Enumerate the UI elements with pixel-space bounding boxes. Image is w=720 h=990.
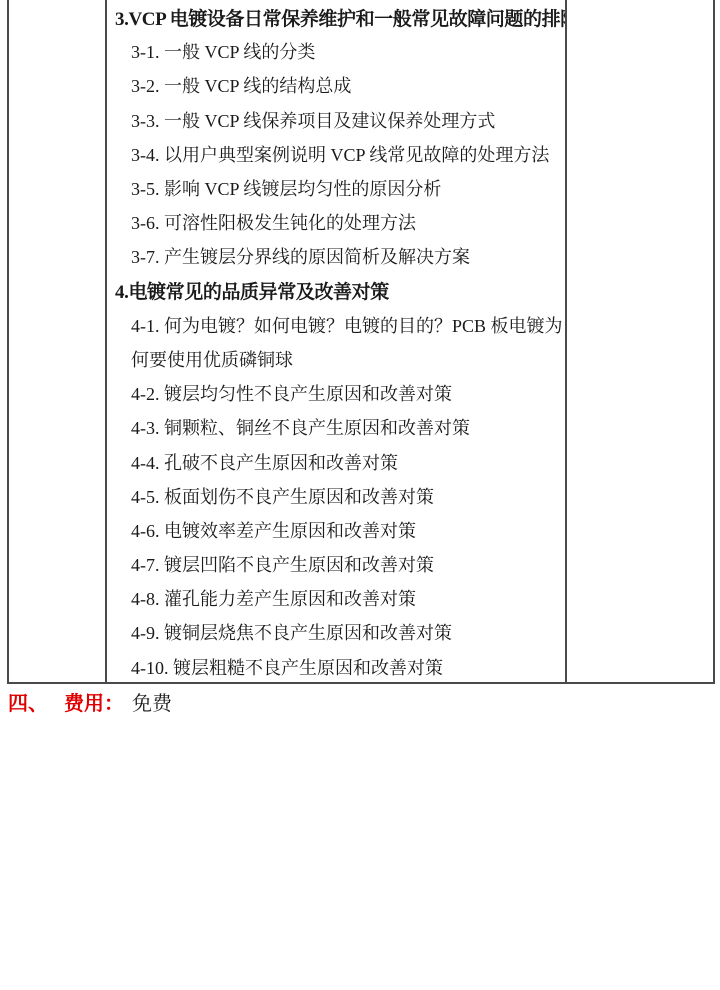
- outline-item: 3-7. 产生镀层分界线的原因简析及解决方案: [107, 239, 565, 273]
- outline-item: 4-4. 孔破不良产生原因和改善对策: [107, 444, 565, 478]
- outline-item-continuation: 何要使用优质磷铜球: [107, 342, 565, 376]
- outline-item: 3-5. 影响 VCP 线镀层均匀性的原因分析: [107, 171, 565, 205]
- outline-item: 4-6. 电镀效率差产生原因和改善对策: [107, 513, 565, 547]
- outline-item: 4-5. 板面划伤不良产生原因和改善对策: [107, 479, 565, 513]
- outline-section-heading: 4.电镀常见的品质异常及改善对策: [107, 274, 565, 308]
- outline-item: 4-3. 铜颗粒、铜丝不良产生原因和改善对策: [107, 410, 565, 444]
- fee-item-number: 四、: [8, 687, 48, 716]
- course-outline-table: 3.VCP 电镀设备日常保养维护和一般常见故障问题的排除 3-1. 一般 VCP…: [7, 0, 715, 684]
- outline-section-heading: 3.VCP 电镀设备日常保养维护和一般常见故障问题的排除: [107, 0, 565, 34]
- outline-item: 4-1. 何为电镀？如何电镀？电镀的目的？PCB 板电镀为: [107, 308, 565, 342]
- fee-line: 四、 费用： 免费: [8, 685, 172, 717]
- outline-item: 4-2. 镀层均匀性不良产生原因和改善对策: [107, 376, 565, 410]
- outline-item: 3-2. 一般 VCP 线的结构总成: [107, 68, 565, 102]
- table-cell-left-empty: [9, 0, 107, 682]
- outline-item: 4-7. 镀层凹陷不良产生原因和改善对策: [107, 547, 565, 581]
- outline-item: 4-8. 灌孔能力差产生原因和改善对策: [107, 581, 565, 615]
- table-cell-right-empty: [567, 0, 713, 682]
- table-cell-outline-content: 3.VCP 电镀设备日常保养维护和一般常见故障问题的排除 3-1. 一般 VCP…: [107, 0, 567, 682]
- outline-item: 3-3. 一般 VCP 线保养项目及建议保养处理方式: [107, 103, 565, 137]
- outline-item: 3-1. 一般 VCP 线的分类: [107, 34, 565, 68]
- outline-item: 3-6. 可溶性阳极发生钝化的处理方法: [107, 205, 565, 239]
- outline-item: 4-10. 镀层粗糙不良产生原因和改善对策: [107, 650, 565, 682]
- document-page: 3.VCP 电镀设备日常保养维护和一般常见故障问题的排除 3-1. 一般 VCP…: [0, 0, 720, 990]
- fee-label: 费用：: [64, 687, 124, 716]
- outline-item: 4-9. 镀铜层烧焦不良产生原因和改善对策: [107, 615, 565, 649]
- outline-item: 3-4. 以用户典型案例说明 VCP 线常见故障的处理方法: [107, 137, 565, 171]
- fee-value: 免费: [132, 687, 172, 716]
